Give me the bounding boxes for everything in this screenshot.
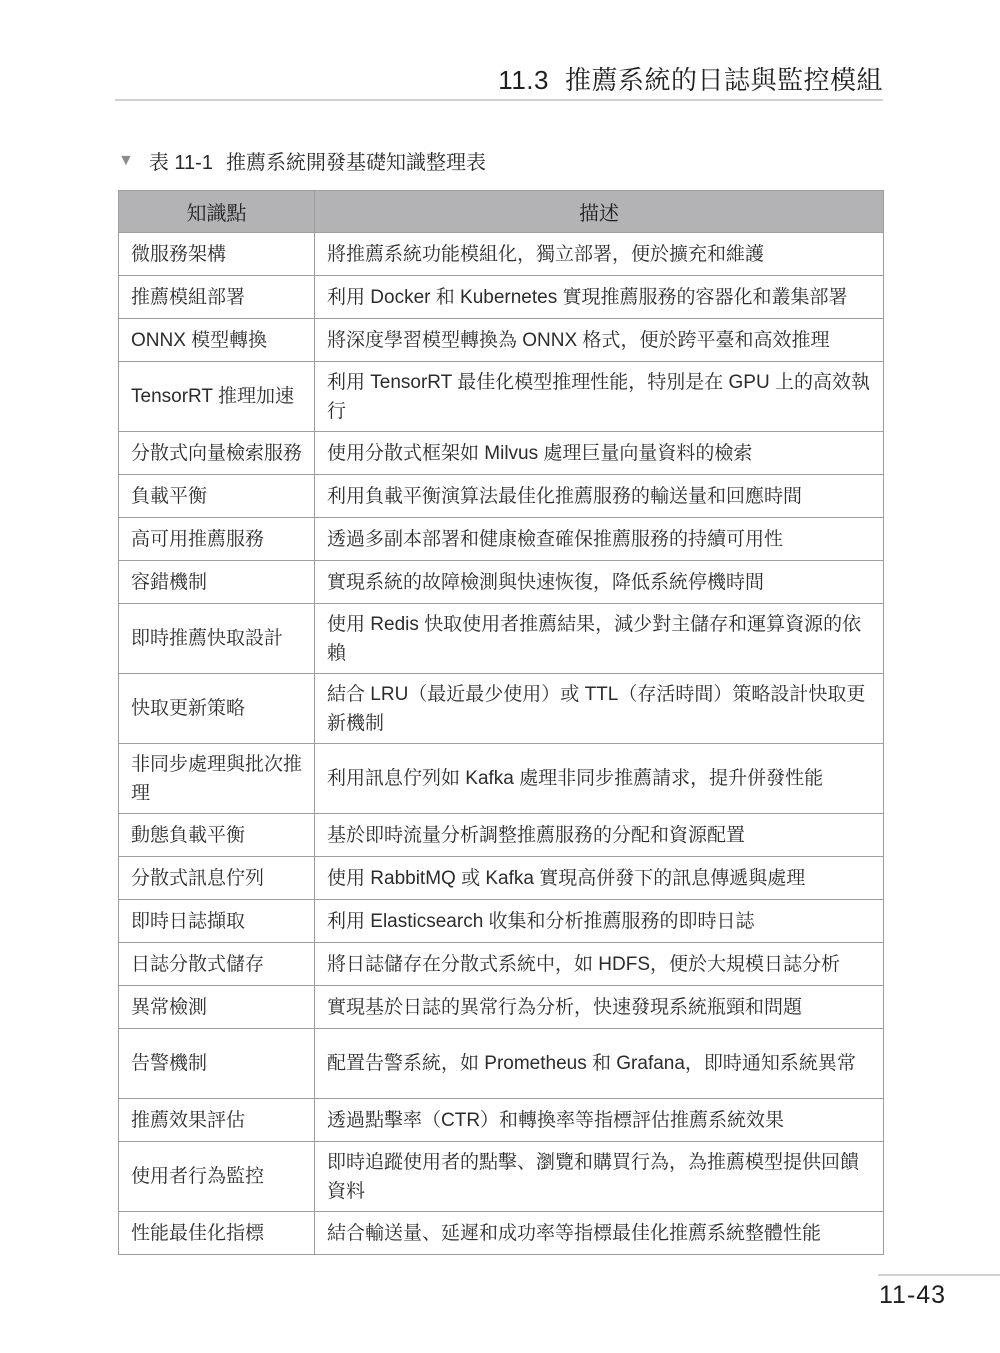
book-page: 11.3推薦系統的日誌與監控模組 ▼ 表 11-1 推薦系統開發基礎知識整理表 …: [0, 0, 1000, 1353]
knowledge-point-cell: 異常檢測: [119, 986, 315, 1029]
description-cell: 將日誌儲存在分散式系統中，如 HDFS，便於大規模日誌分析: [315, 943, 884, 986]
table-row: 推薦模組部署 利用 Docker 和 Kubernetes 實現推薦服務的容器化…: [119, 276, 884, 319]
section-number: 11.3: [498, 65, 549, 95]
knowledge-point-cell: 推薦模組部署: [119, 276, 315, 319]
table-row: 微服務架構 將推薦系統功能模組化，獨立部署，便於擴充和維護: [119, 233, 884, 276]
description-cell: 即時追蹤使用者的點擊、瀏覽和購買行為，為推薦模型提供回饋資料: [315, 1142, 884, 1212]
table-row: 使用者行為監控 即時追蹤使用者的點擊、瀏覽和購買行為，為推薦模型提供回饋資料: [119, 1142, 884, 1212]
knowledge-point-cell: 告警機制: [119, 1029, 315, 1099]
table-caption: ▼ 表 11-1 推薦系統開發基礎知識整理表: [118, 146, 486, 175]
triangle-down-icon: ▼: [118, 153, 134, 169]
table-row: 日誌分散式儲存 將日誌儲存在分散式系統中，如 HDFS，便於大規模日誌分析: [119, 943, 884, 986]
table-row: 即時推薦快取設計 使用 Redis 快取使用者推薦結果，減少對主儲存和運算資源的…: [119, 604, 884, 674]
page-number: 11-43: [879, 1281, 946, 1310]
description-cell: 實現系統的故障檢測與快速恢復，降低系統停機時間: [315, 561, 884, 604]
description-cell: 結合輸送量、延遲和成功率等指標最佳化推薦系統整體性能: [315, 1212, 884, 1255]
description-cell: 利用 Docker 和 Kubernetes 實現推薦服務的容器化和叢集部署: [315, 276, 884, 319]
table-row: 分散式向量檢索服務 使用分散式框架如 Milvus 處理巨量向量資料的檢索: [119, 432, 884, 475]
knowledge-point-cell: 分散式向量檢索服務: [119, 432, 315, 475]
table-row: 負載平衡 利用負載平衡演算法最佳化推薦服務的輸送量和回應時間: [119, 475, 884, 518]
knowledge-point-cell: 容錯機制: [119, 561, 315, 604]
description-cell: 利用 Elasticsearch 收集和分析推薦服務的即時日誌: [315, 900, 884, 943]
table-caption-label: 表 11-1: [149, 146, 213, 175]
table-caption-title: 推薦系統開發基礎知識整理表: [226, 146, 486, 175]
footer-rule: [878, 1274, 1000, 1276]
table-row: 快取更新策略 結合 LRU（最近最少使用）或 TTL（存活時間）策略設計快取更新…: [119, 674, 884, 744]
description-cell: 利用 TensorRT 最佳化模型推理性能，特別是在 GPU 上的高效執行: [315, 362, 884, 432]
knowledge-point-cell: 負載平衡: [119, 475, 315, 518]
description-cell: 將深度學習模型轉換為 ONNX 格式，便於跨平臺和高效推理: [315, 319, 884, 362]
knowledge-point-cell: 使用者行為監控: [119, 1142, 315, 1212]
knowledge-point-cell: 微服務架構: [119, 233, 315, 276]
knowledge-point-cell: 快取更新策略: [119, 674, 315, 744]
table-row: 動態負載平衡 基於即時流量分析調整推薦服務的分配和資源配置: [119, 814, 884, 857]
description-cell: 利用訊息佇列如 Kafka 處理非同步推薦請求，提升併發性能: [315, 744, 884, 814]
table-row: 分散式訊息佇列 使用 RabbitMQ 或 Kafka 實現高併發下的訊息傳遞與…: [119, 857, 884, 900]
knowledge-table: 知識點 描述 微服務架構 將推薦系統功能模組化，獨立部署，便於擴充和維護 推薦模…: [118, 190, 884, 1255]
knowledge-point-cell: 動態負載平衡: [119, 814, 315, 857]
description-cell: 透過點擊率（CTR）和轉換率等指標評估推薦系統效果: [315, 1099, 884, 1142]
table-row: ONNX 模型轉換 將深度學習模型轉換為 ONNX 格式，便於跨平臺和高效推理: [119, 319, 884, 362]
knowledge-point-cell: 推薦效果評估: [119, 1099, 315, 1142]
running-head: 11.3推薦系統的日誌與監控模組: [498, 60, 883, 97]
knowledge-point-cell: 非同步處理與批次推理: [119, 744, 315, 814]
description-cell: 實現基於日誌的異常行為分析，快速發現系統瓶頸和問題: [315, 986, 884, 1029]
knowledge-point-cell: 日誌分散式儲存: [119, 943, 315, 986]
description-cell: 結合 LRU（最近最少使用）或 TTL（存活時間）策略設計快取更新機制: [315, 674, 884, 744]
column-header-knowledge-point: 知識點: [119, 191, 315, 233]
description-cell: 使用分散式框架如 Milvus 處理巨量向量資料的檢索: [315, 432, 884, 475]
description-cell: 基於即時流量分析調整推薦服務的分配和資源配置: [315, 814, 884, 857]
table-header-row: 知識點 描述: [119, 191, 884, 233]
table-row: TensorRT 推理加速 利用 TensorRT 最佳化模型推理性能，特別是在…: [119, 362, 884, 432]
knowledge-point-cell: ONNX 模型轉換: [119, 319, 315, 362]
section-title: 推薦系統的日誌與監控模組: [565, 65, 883, 95]
description-cell: 使用 Redis 快取使用者推薦結果，減少對主儲存和運算資源的依賴: [315, 604, 884, 674]
table-row: 性能最佳化指標 結合輸送量、延遲和成功率等指標最佳化推薦系統整體性能: [119, 1212, 884, 1255]
description-cell: 將推薦系統功能模組化，獨立部署，便於擴充和維護: [315, 233, 884, 276]
table-row: 高可用推薦服務 透過多副本部署和健康檢查確保推薦服務的持續可用性: [119, 518, 884, 561]
description-cell: 透過多副本部署和健康檢查確保推薦服務的持續可用性: [315, 518, 884, 561]
knowledge-point-cell: TensorRT 推理加速: [119, 362, 315, 432]
knowledge-point-cell: 分散式訊息佇列: [119, 857, 315, 900]
table-row: 即時日誌擷取 利用 Elasticsearch 收集和分析推薦服務的即時日誌: [119, 900, 884, 943]
knowledge-point-cell: 即時日誌擷取: [119, 900, 315, 943]
description-cell: 使用 RabbitMQ 或 Kafka 實現高併發下的訊息傳遞與處理: [315, 857, 884, 900]
column-header-description: 描述: [315, 191, 884, 233]
table-row: 推薦效果評估 透過點擊率（CTR）和轉換率等指標評估推薦系統效果: [119, 1099, 884, 1142]
knowledge-point-cell: 高可用推薦服務: [119, 518, 315, 561]
table-row: 容錯機制 實現系統的故障檢測與快速恢復，降低系統停機時間: [119, 561, 884, 604]
table-row: 非同步處理與批次推理 利用訊息佇列如 Kafka 處理非同步推薦請求，提升併發性…: [119, 744, 884, 814]
knowledge-point-cell: 性能最佳化指標: [119, 1212, 315, 1255]
knowledge-point-cell: 即時推薦快取設計: [119, 604, 315, 674]
header-rule: [115, 99, 883, 101]
table-row: 告警機制 配置告警系統，如 Prometheus 和 Grafana，即時通知系…: [119, 1029, 884, 1099]
description-cell: 利用負載平衡演算法最佳化推薦服務的輸送量和回應時間: [315, 475, 884, 518]
description-cell: 配置告警系統，如 Prometheus 和 Grafana，即時通知系統異常: [315, 1029, 884, 1099]
table-row: 異常檢測 實現基於日誌的異常行為分析，快速發現系統瓶頸和問題: [119, 986, 884, 1029]
